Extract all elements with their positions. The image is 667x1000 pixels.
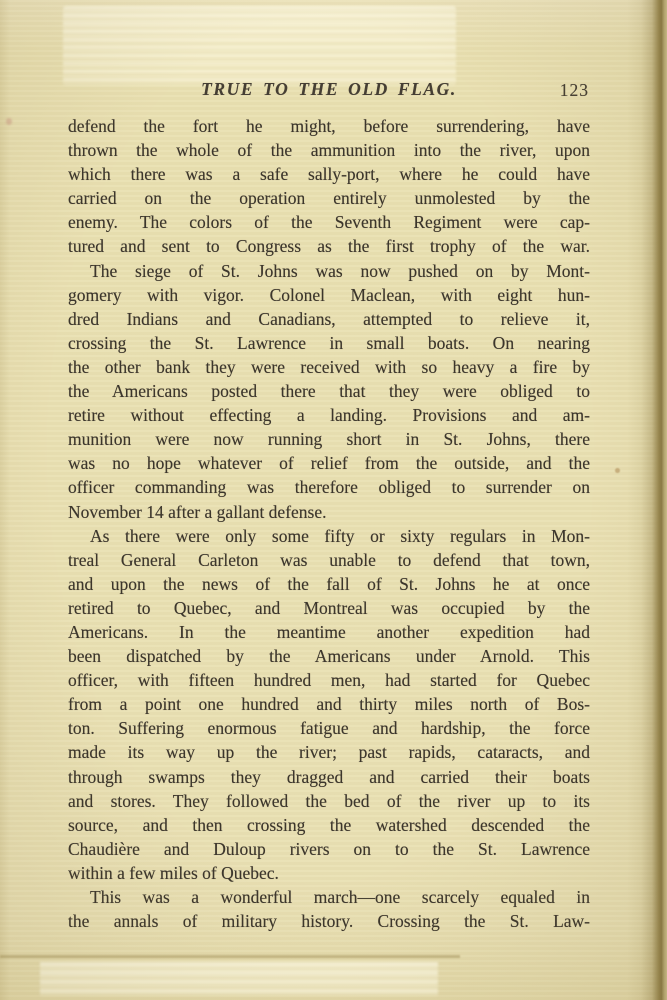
text-line-paragraph-start: The siege of St. Johns was now pushed on… xyxy=(68,259,590,283)
text-line: Americans. In the meantime another exped… xyxy=(68,620,590,644)
text-line: been dispatched by the Americans under A… xyxy=(68,644,590,668)
text-line: ton. Suffering enormous fatigue and hard… xyxy=(68,716,590,740)
text-line: carried on the operation entirely unmole… xyxy=(68,186,590,210)
book-edge-shadow xyxy=(627,0,667,1000)
text-line: crossing the St. Lawrence in small boats… xyxy=(68,331,590,355)
book-page-scan: TRUE TO THE OLD FLAG. 123 defend the for… xyxy=(0,0,667,1000)
paper-speck xyxy=(615,468,620,473)
text-line: treal General Carleton was unable to def… xyxy=(68,548,590,572)
text-line: retired to Quebec, and Montreal was occu… xyxy=(68,596,590,620)
text-line: retire without effecting a landing. Prov… xyxy=(68,403,590,427)
text-line: Chaudière and Duloup rivers on to the St… xyxy=(68,837,590,861)
text-line: which there was a safe sally-port, where… xyxy=(68,162,590,186)
text-line-paragraph-end: November 14 after a gallant defense. xyxy=(68,500,590,524)
text-line: officer commanding was therefore obliged… xyxy=(68,475,590,499)
text-line: the Americans posted there that they wer… xyxy=(68,379,590,403)
text-line: the other bank they were received with s… xyxy=(68,355,590,379)
text-line: tured and sent to Congress as the first … xyxy=(68,234,590,258)
text-line: defend the fort he might, before surrend… xyxy=(68,114,590,138)
scan-artifact-bottom xyxy=(40,962,438,996)
text-line-paragraph-start: This was a wonderful march—one scarcely … xyxy=(68,885,590,909)
text-line: munition were now running short in St. J… xyxy=(68,427,590,451)
paper-speck xyxy=(6,118,12,125)
text-line-paragraph-end: within a few miles of Quebec. xyxy=(68,861,590,885)
text-line: thrown the whole of the ammunition into … xyxy=(68,138,590,162)
text-line: source, and then crossing the watershed … xyxy=(68,813,590,837)
text-line: and stores. They followed the bed of the… xyxy=(68,789,590,813)
text-line: through swamps they dragged and carried … xyxy=(68,765,590,789)
text-line: and upon the news of the fall of St. Joh… xyxy=(68,572,590,596)
text-line: was no hope whatever of relief from the … xyxy=(68,451,590,475)
text-line: from a point one hundred and thirty mile… xyxy=(68,692,590,716)
text-line: made its way up the river; past rapids, … xyxy=(68,740,590,764)
text-line: the annals of military history. Crossing… xyxy=(68,909,590,933)
page-number: 123 xyxy=(560,80,589,101)
text-line: enemy. The colors of the Seventh Regimen… xyxy=(68,210,590,234)
text-line: dred Indians and Canadians, attempted to… xyxy=(68,307,590,331)
text-line: officer, with fifteen hundred men, had s… xyxy=(68,668,590,692)
scan-artifact-top xyxy=(63,6,456,86)
text-line: gomery with vigor. Colonel Maclean, with… xyxy=(68,283,590,307)
scan-artifact-bottom-line xyxy=(0,955,460,958)
running-header: TRUE TO THE OLD FLAG. 123 xyxy=(68,79,590,105)
text-line-paragraph-start: As there were only some fifty or sixty r… xyxy=(68,524,590,548)
page-title: TRUE TO THE OLD FLAG. xyxy=(68,79,590,100)
text-block: defend the fort he might, before surrend… xyxy=(68,114,590,933)
